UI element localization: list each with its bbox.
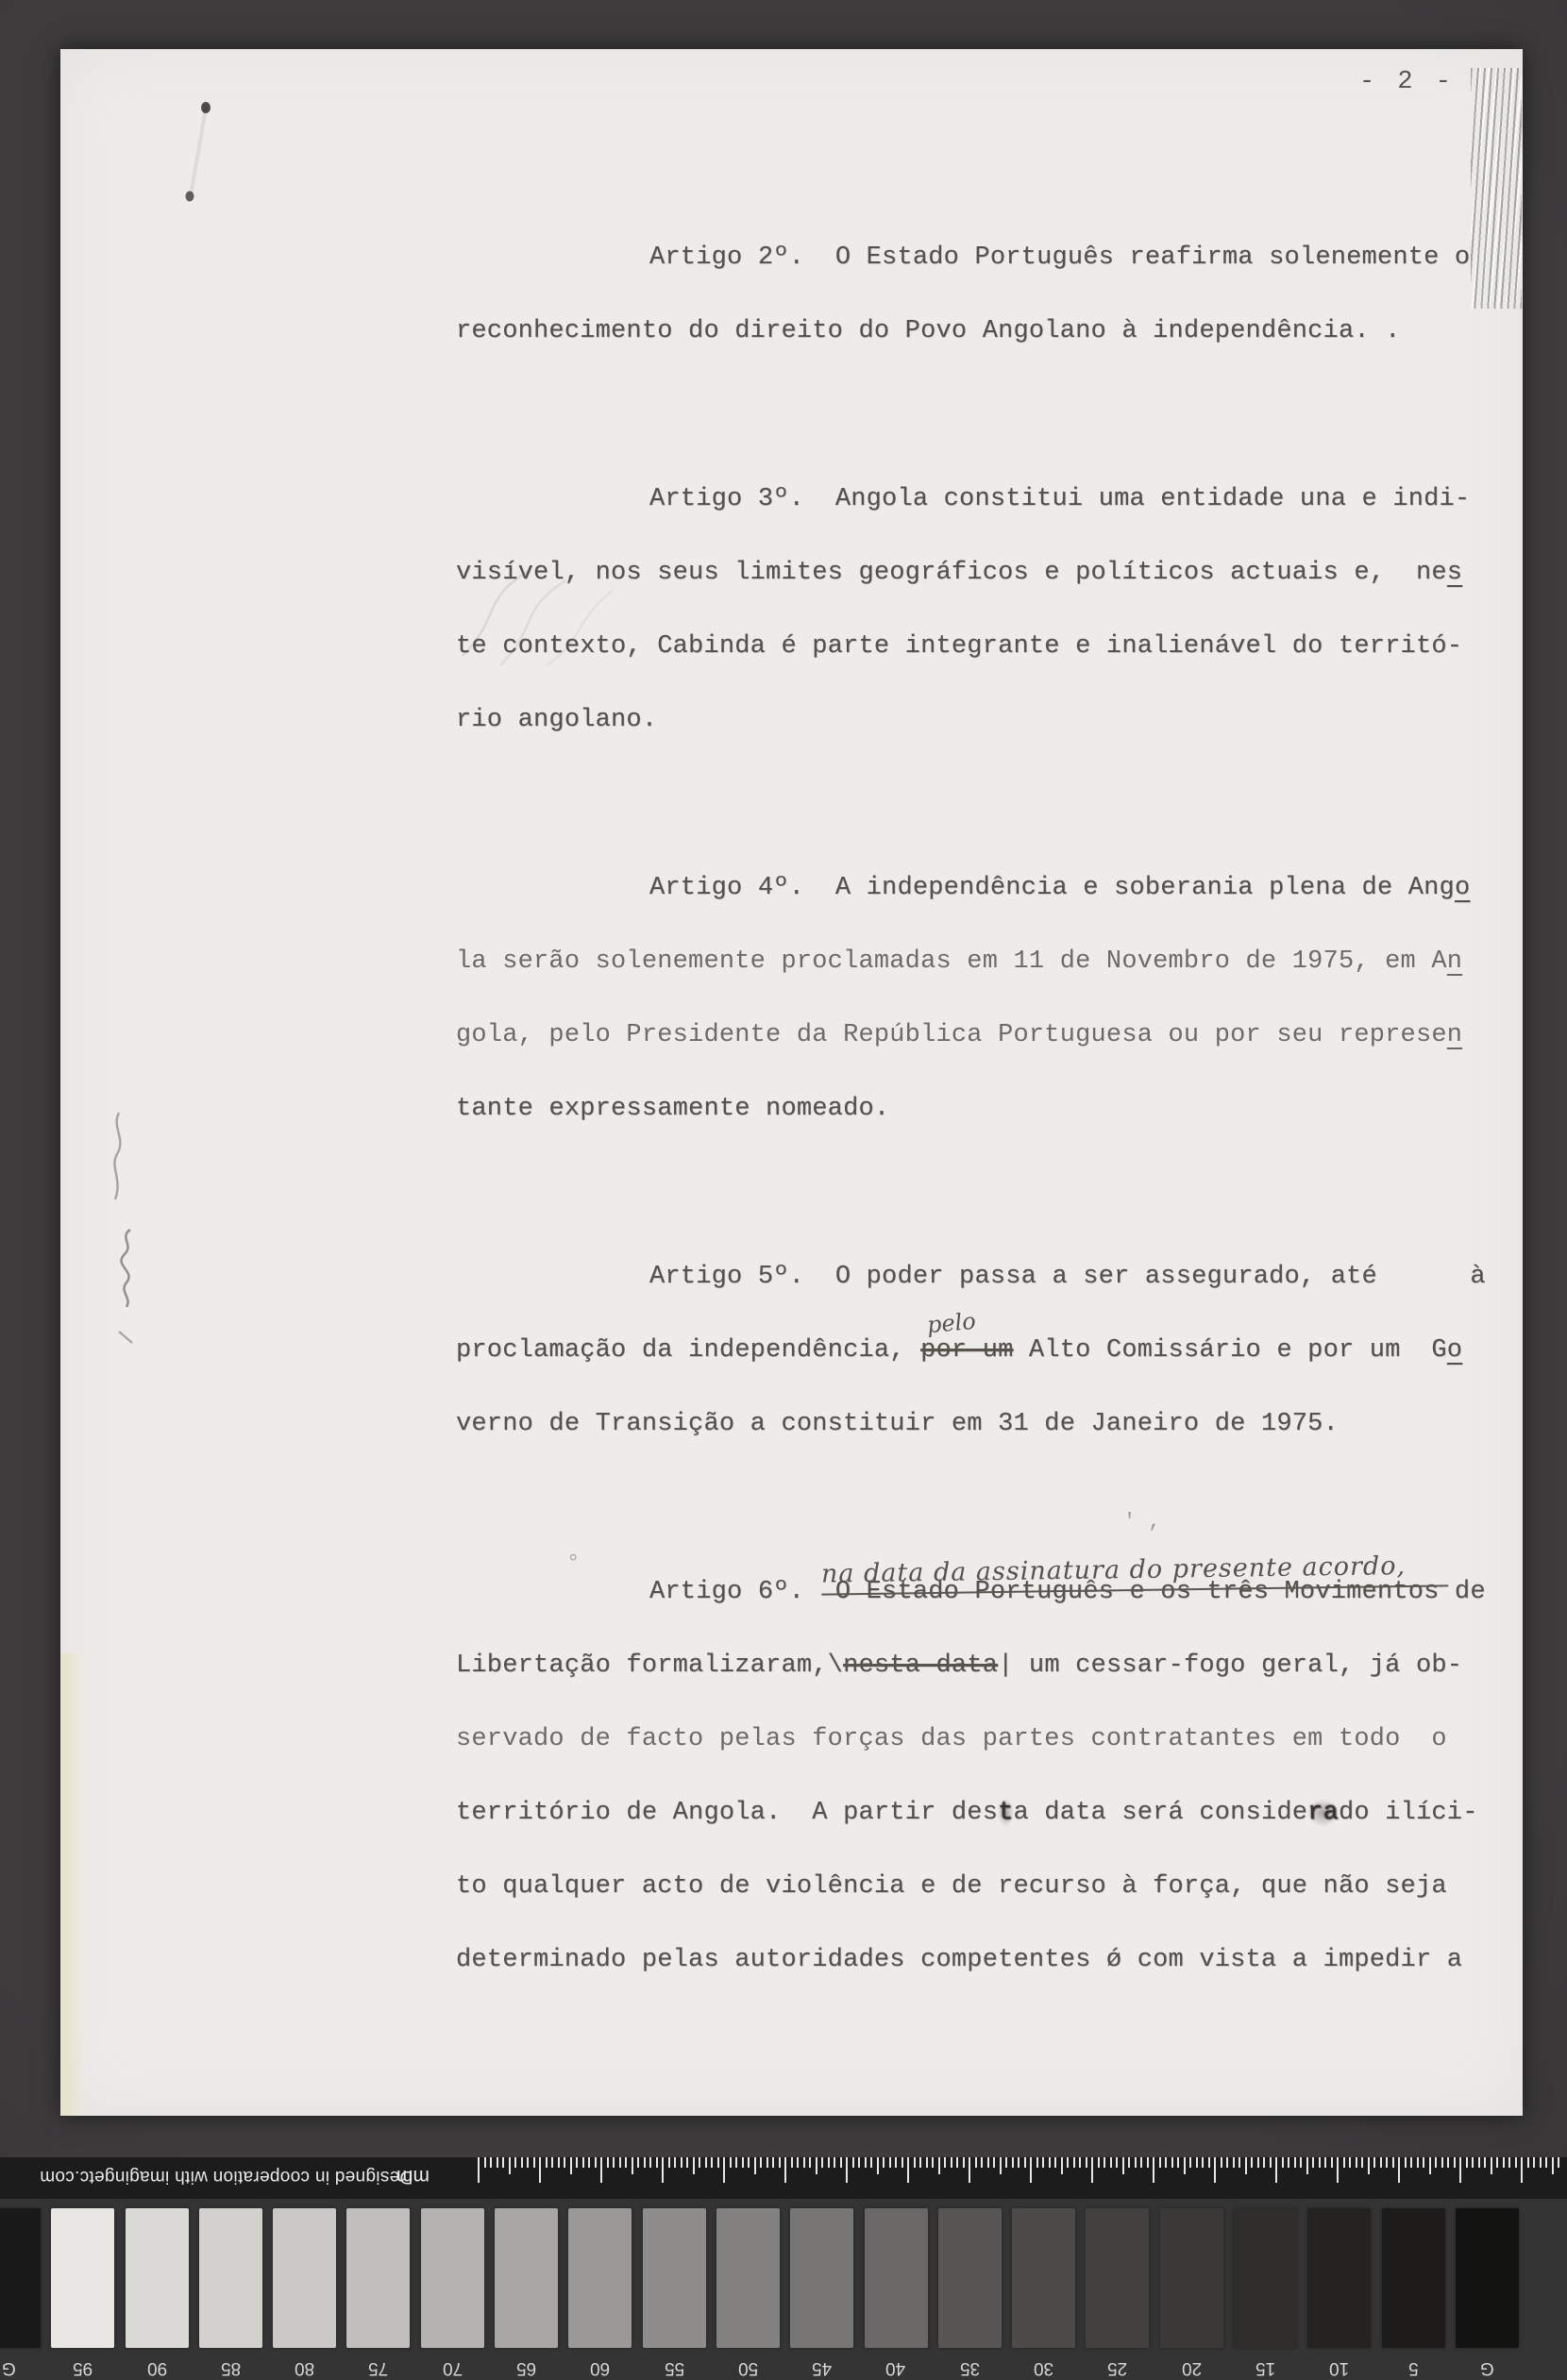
ruler-tick [1491, 2157, 1492, 2174]
ruler-tick [1257, 2157, 1259, 2168]
ruler-tick [828, 2157, 830, 2168]
ruler-tick [1061, 2157, 1063, 2174]
paragraph: Artigo 2º. O Estado Português reafirma s… [456, 221, 1527, 368]
grayscale-patch: 5 [1382, 2208, 1445, 2378]
ruler-tick [1067, 2157, 1069, 2168]
patch-swatch [1382, 2208, 1445, 2348]
ruler-tick [926, 2157, 928, 2168]
ruler-tick [1312, 2157, 1314, 2168]
ruler-tick [1042, 2157, 1044, 2168]
typewritten-segment: servado de facto pelas forças das partes… [456, 1725, 1447, 1753]
ruler-tick [944, 2157, 946, 2168]
grayscale-patch: 90 [126, 2208, 189, 2378]
typewritten-segment: rio angolano. [456, 706, 657, 734]
ruler-tick [1073, 2157, 1075, 2168]
ruler-tick [1202, 2157, 1204, 2168]
ruler-tick [644, 2157, 646, 2168]
grayscale-patch: 65 [495, 2208, 558, 2378]
patch-label: G [1480, 2357, 1494, 2378]
ruler-tick [1343, 2157, 1345, 2168]
ruler-tick [1496, 2157, 1498, 2168]
ruler-tick [760, 2157, 762, 2168]
ruler-tick [1386, 2157, 1388, 2168]
patch-swatch [643, 2208, 706, 2348]
typewritten-segment: a data será conside [1014, 1799, 1308, 1827]
ruler-tick [1135, 2157, 1137, 2168]
ruler-tick [1417, 2157, 1419, 2168]
stray-mark: ° [566, 1551, 580, 1577]
patch-swatch [1012, 2208, 1075, 2348]
ruler-tick [993, 2157, 995, 2168]
text-line: gola, pelo Presidente da República Portu… [456, 998, 1527, 1072]
typewritten-segment: Alto Comissário e por um G [1014, 1336, 1447, 1365]
ruler-tick [1104, 2157, 1105, 2168]
ruler-tick [564, 2157, 565, 2168]
ruler-tick [1515, 2157, 1517, 2168]
struck-text: por um [920, 1336, 1013, 1365]
ruler-tick [895, 2157, 897, 2168]
grayscale-patch: 60 [568, 2208, 632, 2378]
patch-swatch [1234, 2208, 1297, 2348]
ruler-tick [1263, 2157, 1265, 2168]
patch-label: 35 [960, 2357, 980, 2378]
ruler-tick [1140, 2157, 1142, 2168]
ruler-tick [865, 2157, 867, 2168]
pencil-mark [102, 1109, 136, 1203]
ruler-tick [607, 2157, 609, 2168]
patch-swatch [1160, 2208, 1223, 2348]
ruler-tick [1337, 2157, 1339, 2183]
ruler-tick [484, 2157, 486, 2168]
typewritten-segment: t [998, 1799, 1013, 1827]
patch-label: 50 [738, 2357, 758, 2378]
ruler-tick [681, 2157, 682, 2168]
ruler-tick [527, 2157, 529, 2168]
ruler-tick [987, 2157, 989, 2168]
ruler-tick [877, 2157, 879, 2174]
paragraph: Artigo 3º. Angola constitui uma entidade… [456, 462, 1527, 757]
ruler-tick [821, 2157, 823, 2168]
ruler-tick [1373, 2157, 1375, 2168]
patch-swatch [790, 2208, 853, 2348]
ruler-tick [816, 2157, 817, 2174]
typewritten-segment: | um cessar-fogo geral, já ob- [998, 1651, 1462, 1680]
text-line: Artigo 5º. O poder passa a ser assegurad… [456, 1240, 1527, 1314]
ruler-tick [1054, 2157, 1056, 2168]
ruler-tick [907, 2157, 909, 2183]
typewritten-segment: verno de Transição a constituir em 31 de… [456, 1410, 1339, 1438]
text-line: território de Angola. A partir desta dat… [456, 1776, 1527, 1850]
text-line: reconhecimento do direito do Povo Angola… [456, 294, 1527, 368]
ruler-tick [1552, 2157, 1554, 2174]
ruler-band: Designed in cooperation with imagingetc.… [0, 2157, 1567, 2199]
ruler-tick [711, 2157, 713, 2168]
ruler-tick [1005, 2157, 1007, 2168]
patch-label: 55 [665, 2357, 684, 2378]
ruler-tick [779, 2157, 781, 2168]
ruler-tick [1478, 2157, 1480, 2168]
typewritten-segment: do ilíci- [1339, 1799, 1478, 1827]
ruler-tick [914, 2157, 916, 2168]
ruler-tick [588, 2157, 590, 2168]
ruler-tick [901, 2157, 903, 2168]
ruler-tick [1368, 2157, 1370, 2174]
patch-swatch [1307, 2208, 1371, 2348]
ruler-tick [1558, 2157, 1559, 2168]
ruler-tick [975, 2157, 977, 2168]
ruler-tick [595, 2157, 597, 2168]
ruler-tick [919, 2157, 921, 2168]
ruler-tick [730, 2157, 732, 2168]
ruler-tick [1012, 2157, 1014, 2168]
ruler-tick [1288, 2157, 1289, 2168]
ruler-tick [674, 2157, 676, 2168]
ruler-tick [1221, 2157, 1222, 2168]
ruler-tick [1147, 2157, 1149, 2168]
ruler-tick [1214, 2157, 1216, 2183]
text-line: determinado pelas autoridades competente… [456, 1923, 1527, 1997]
text-line: proclamação da independência, por um Alt… [456, 1314, 1527, 1387]
patch-swatch [199, 2208, 262, 2348]
ruler-tick [613, 2157, 615, 2168]
patch-swatch [346, 2208, 410, 2348]
ruler-tick [632, 2157, 633, 2174]
ruler-tick [1189, 2157, 1191, 2168]
text-line: la serão solenemente proclamadas em 11 d… [456, 925, 1527, 998]
ruler-tick [637, 2157, 639, 2168]
ruler-tick [1459, 2157, 1461, 2183]
ruler-tick [1116, 2157, 1118, 2168]
text-line: to qualquer acto de violência e de recur… [456, 1850, 1527, 1923]
ruler-tick [1410, 2157, 1412, 2168]
ruler-tick [1165, 2157, 1167, 2168]
ruler-tick [963, 2157, 965, 2168]
ruler-tick [981, 2157, 983, 2168]
ruler-tick [1447, 2157, 1449, 2168]
grayscale-patch: G [0, 2208, 41, 2378]
text-line: Artigo 4º. A independência e soberania p… [456, 851, 1527, 925]
ruler-tick [1454, 2157, 1456, 2168]
ruler-tick [533, 2157, 535, 2168]
ruler-tick [1503, 2157, 1505, 2168]
ruler-tick [1405, 2157, 1407, 2168]
ruler-tick [699, 2157, 700, 2168]
struck-text: nesta data [843, 1651, 998, 1680]
ruler-tick [1527, 2157, 1529, 2168]
ruler-tick [1245, 2157, 1247, 2174]
ruler-tick [1110, 2157, 1112, 2168]
ruler-tick [1226, 2157, 1228, 2168]
underlined-text: o [1455, 874, 1470, 902]
grayscale-patch: 75 [346, 2208, 410, 2378]
patch-label: 5 [1408, 2357, 1419, 2378]
ruler-tick [478, 2157, 480, 2183]
patch-swatch [126, 2208, 189, 2348]
patch-label: 45 [812, 2357, 832, 2378]
ruler-tick [1282, 2157, 1284, 2168]
typewritten-segment: determinado pelas autoridades competente… [456, 1946, 1462, 1974]
grayscale-patch: 15 [1234, 2208, 1297, 2378]
ruler-tick [1300, 2157, 1302, 2168]
patch-swatch [1456, 2208, 1519, 2348]
ruler-tick [1177, 2157, 1179, 2168]
patch-swatch [0, 2208, 41, 2348]
ruler-tick [889, 2157, 891, 2168]
ruler-tick [1294, 2157, 1296, 2168]
ruler-tick [1086, 2157, 1087, 2168]
ruler [478, 2157, 1559, 2183]
patch-swatch [51, 2208, 114, 2348]
ruler-tick [852, 2157, 854, 2168]
ruler-tick [1380, 2157, 1382, 2168]
ruler-tick [558, 2157, 560, 2168]
ruler-tick [668, 2157, 670, 2168]
text-line: visível, nos seus limites geográficos e … [456, 536, 1527, 610]
pencil-mark [106, 1222, 151, 1354]
typewritten-segment: te contexto, Cabinda é parte integrante … [456, 632, 1462, 661]
ruler-tick [539, 2157, 541, 2183]
patch-label: 70 [443, 2357, 463, 2378]
ruler-tick [1429, 2157, 1431, 2174]
stray-mark: ' , [1123, 1510, 1161, 1534]
text-line: te contexto, Cabinda é parte integrante … [456, 610, 1527, 683]
grayscale-patch: 10 [1307, 2208, 1371, 2378]
grayscale-patch: 30 [1012, 2208, 1075, 2378]
ruler-tick [1098, 2157, 1100, 2168]
ruler-tick [570, 2157, 572, 2174]
ruler-tick [723, 2157, 725, 2183]
patch-swatch [273, 2208, 336, 2348]
calibration-credit-text: Designed in cooperation with imagingetc.… [40, 2166, 413, 2187]
ruler-tick [1533, 2157, 1535, 2168]
ruler-tick [748, 2157, 750, 2168]
ruler-tick [1484, 2157, 1486, 2168]
typewritten-segment: Libertação formalizaram,\ [456, 1651, 843, 1680]
patch-label: 85 [221, 2357, 241, 2378]
ruler-tick [1356, 2157, 1357, 2168]
ruler-tick [705, 2157, 707, 2168]
ruler-tick [1472, 2157, 1474, 2168]
patch-swatch [938, 2208, 1002, 2348]
scan-background: - 2 - Artigo 2º. O Estado Português reaf… [0, 0, 1567, 2380]
ruler-tick [717, 2157, 719, 2168]
typewritten-segment: ra [1307, 1799, 1339, 1827]
ruler-tick [834, 2157, 835, 2168]
ruler-tick [509, 2157, 511, 2174]
underlined-text: s [1447, 559, 1462, 587]
handwritten-correction-pelo: pelo [926, 1308, 977, 1338]
ruler-tick [1091, 2157, 1093, 2183]
ruler-tick [791, 2157, 793, 2168]
ruler-tick [754, 2157, 756, 2174]
ruler-tick [1324, 2157, 1326, 2168]
ruler-tick [546, 2157, 548, 2168]
staple-mark [177, 99, 219, 208]
ruler-tick [1196, 2157, 1198, 2168]
ruler-tick [497, 2157, 498, 2168]
grayscale-patch: 35 [938, 2208, 1002, 2378]
ruler-tick [1049, 2157, 1051, 2168]
ruler-tick [1423, 2157, 1424, 2168]
ruler-tick [656, 2157, 658, 2168]
ruler-tick [649, 2157, 651, 2168]
ruler-tick [938, 2157, 940, 2174]
patch-swatch [1086, 2208, 1149, 2348]
ruler-tick [1275, 2157, 1277, 2183]
ruler-tick [662, 2157, 664, 2183]
ruler-tick [1233, 2157, 1235, 2168]
document-page: - 2 - Artigo 2º. O Estado Português reaf… [60, 49, 1523, 2116]
typewritten-segment: proclamação da independência, [456, 1336, 920, 1365]
typewritten-segment: Artigo 2º. O Estado Português reafirma s… [649, 243, 1470, 272]
underlined-text: n [1447, 947, 1462, 976]
ruler-tick [1319, 2157, 1321, 2168]
ruler-tick [846, 2157, 848, 2183]
ruler-tick [870, 2157, 872, 2168]
ruler-tick [1159, 2157, 1161, 2168]
ruler-tick [742, 2157, 744, 2168]
ruler-tick [521, 2157, 523, 2168]
ruler-tick [772, 2157, 774, 2168]
ruler-tick [809, 2157, 811, 2168]
ruler-tick [1466, 2157, 1468, 2168]
ruler-tick [619, 2157, 621, 2168]
ruler-tick [1238, 2157, 1240, 2168]
typewritten-segment: território de Angola. A partir des [456, 1799, 998, 1827]
patch-label: 30 [1034, 2357, 1053, 2378]
ruler-tick [1171, 2157, 1173, 2168]
text-line: servado de facto pelas forças das partes… [456, 1702, 1527, 1776]
grayscale-patch: 70 [421, 2208, 484, 2378]
patch-swatch [568, 2208, 632, 2348]
typewritten-segment: tante expressamente nomeado. [456, 1095, 889, 1123]
patch-label: 75 [368, 2357, 388, 2378]
typewritten-segment: la serão solenemente proclamadas em 11 d… [456, 947, 1447, 976]
ruler-tick [1000, 2157, 1002, 2174]
ruler-tick [1540, 2157, 1542, 2168]
ruler-tick [1018, 2157, 1019, 2168]
patch-label: 10 [1329, 2357, 1349, 2378]
text-line: verno de Transição a constituir em 31 de… [456, 1387, 1527, 1461]
typewritten-segment: visível, nos seus limites geográficos e … [456, 559, 1447, 587]
grayscale-patch: 50 [716, 2208, 780, 2378]
grayscale-calibration-bar: Designed in cooperation with imagingetc.… [0, 2157, 1567, 2380]
patch-label: 25 [1107, 2357, 1127, 2378]
ruler-tick [840, 2157, 842, 2168]
typewritten-segment: Artigo 5º. O poder passa a ser assegurad… [649, 1263, 1486, 1291]
grayscale-patch: 20 [1160, 2208, 1223, 2378]
paragraph: Artigo 6º. O Estado Português e os três … [456, 1555, 1527, 1997]
ruler-tick [1521, 2157, 1523, 2183]
ruler-tick [1122, 2157, 1124, 2174]
patch-label: 65 [516, 2357, 536, 2378]
paragraph: Artigo 5º. O poder passa a ser assegurad… [456, 1240, 1527, 1461]
underlined-text: o [1447, 1336, 1462, 1365]
ruler-tick [1349, 2157, 1351, 2168]
ruler-tick [1392, 2157, 1394, 2168]
ruler-tick [1398, 2157, 1400, 2183]
patch-swatch [865, 2208, 928, 2348]
ruler-tick [956, 2157, 958, 2168]
grayscale-patches: G9590858075706560555045403530252015105G [0, 2208, 1519, 2378]
patch-swatch [716, 2208, 780, 2348]
grayscale-patch: 25 [1086, 2208, 1149, 2378]
ruler-tick [797, 2157, 799, 2168]
patch-label: 60 [590, 2357, 610, 2378]
patch-label: G [2, 2357, 16, 2378]
text-line: tante expressamente nomeado. [456, 1072, 1527, 1146]
ruler-tick [858, 2157, 860, 2168]
ruler-tick [1030, 2157, 1032, 2183]
patch-label: 80 [295, 2357, 314, 2378]
typewritten-segment: Artigo 3º. Angola constitui uma entidade… [649, 485, 1470, 513]
grayscale-patch: G [1456, 2208, 1519, 2378]
ruler-tick [932, 2157, 934, 2168]
ruler-tick [1036, 2157, 1038, 2168]
patch-swatch [495, 2208, 558, 2348]
paragraph: Artigo 4º. A independência e soberania p… [456, 851, 1527, 1146]
ruler-tick [1079, 2157, 1081, 2168]
patch-swatch [421, 2208, 484, 2348]
grayscale-patch: 95 [51, 2208, 114, 2378]
ruler-tick [1545, 2157, 1547, 2168]
ruler-unit-label: mm [396, 2165, 430, 2187]
ruler-tick [1435, 2157, 1437, 2168]
patch-label: 20 [1182, 2357, 1202, 2378]
ruler-tick [514, 2157, 516, 2168]
ruler-tick [1441, 2157, 1443, 2168]
ruler-tick [551, 2157, 553, 2168]
ruler-tick [1184, 2157, 1186, 2174]
ruler-tick [576, 2157, 578, 2168]
grayscale-patch: 80 [273, 2208, 336, 2378]
ruler-tick [1361, 2157, 1363, 2168]
ruler-tick [1508, 2157, 1510, 2168]
ruler-tick [784, 2157, 786, 2183]
ruler-tick [490, 2157, 492, 2168]
ruler-tick [1128, 2157, 1130, 2168]
underlined-text: n [1447, 1021, 1462, 1049]
patch-label: 90 [147, 2357, 167, 2378]
ruler-tick [1024, 2157, 1026, 2168]
text-line: rio angolano. [456, 683, 1527, 757]
text-line: Artigo 2º. O Estado Português reafirma s… [456, 221, 1527, 294]
typewritten-text: Artigo 2º. O Estado Português reafirma s… [456, 221, 1527, 1997]
ruler-tick [1208, 2157, 1210, 2168]
ruler-tick [693, 2157, 695, 2174]
ruler-tick [1153, 2157, 1154, 2183]
ruler-tick [1331, 2157, 1333, 2168]
typewritten-segment: to qualquer acto de violência e de recur… [456, 1872, 1447, 1901]
typewritten-segment: reconhecimento do direito do Povo Angola… [456, 317, 1401, 345]
ruler-tick [883, 2157, 885, 2168]
ruler-tick [1270, 2157, 1272, 2168]
typewritten-segment: gola, pelo Presidente da República Portu… [456, 1021, 1447, 1049]
ruler-tick [582, 2157, 584, 2168]
page-number: - 2 - [1359, 68, 1455, 96]
ruler-tick [1306, 2157, 1308, 2174]
ruler-tick [803, 2157, 805, 2168]
grayscale-patch: 55 [643, 2208, 706, 2378]
ruler-tick [1251, 2157, 1253, 2168]
patch-label: 40 [885, 2357, 905, 2378]
text-line: Artigo 3º. Angola constitui uma entidade… [456, 462, 1527, 536]
ruler-tick [735, 2157, 737, 2168]
ruler-tick [951, 2157, 952, 2168]
patch-label: 95 [73, 2357, 93, 2378]
ruler-tick [969, 2157, 970, 2183]
ruler-tick [502, 2157, 504, 2168]
